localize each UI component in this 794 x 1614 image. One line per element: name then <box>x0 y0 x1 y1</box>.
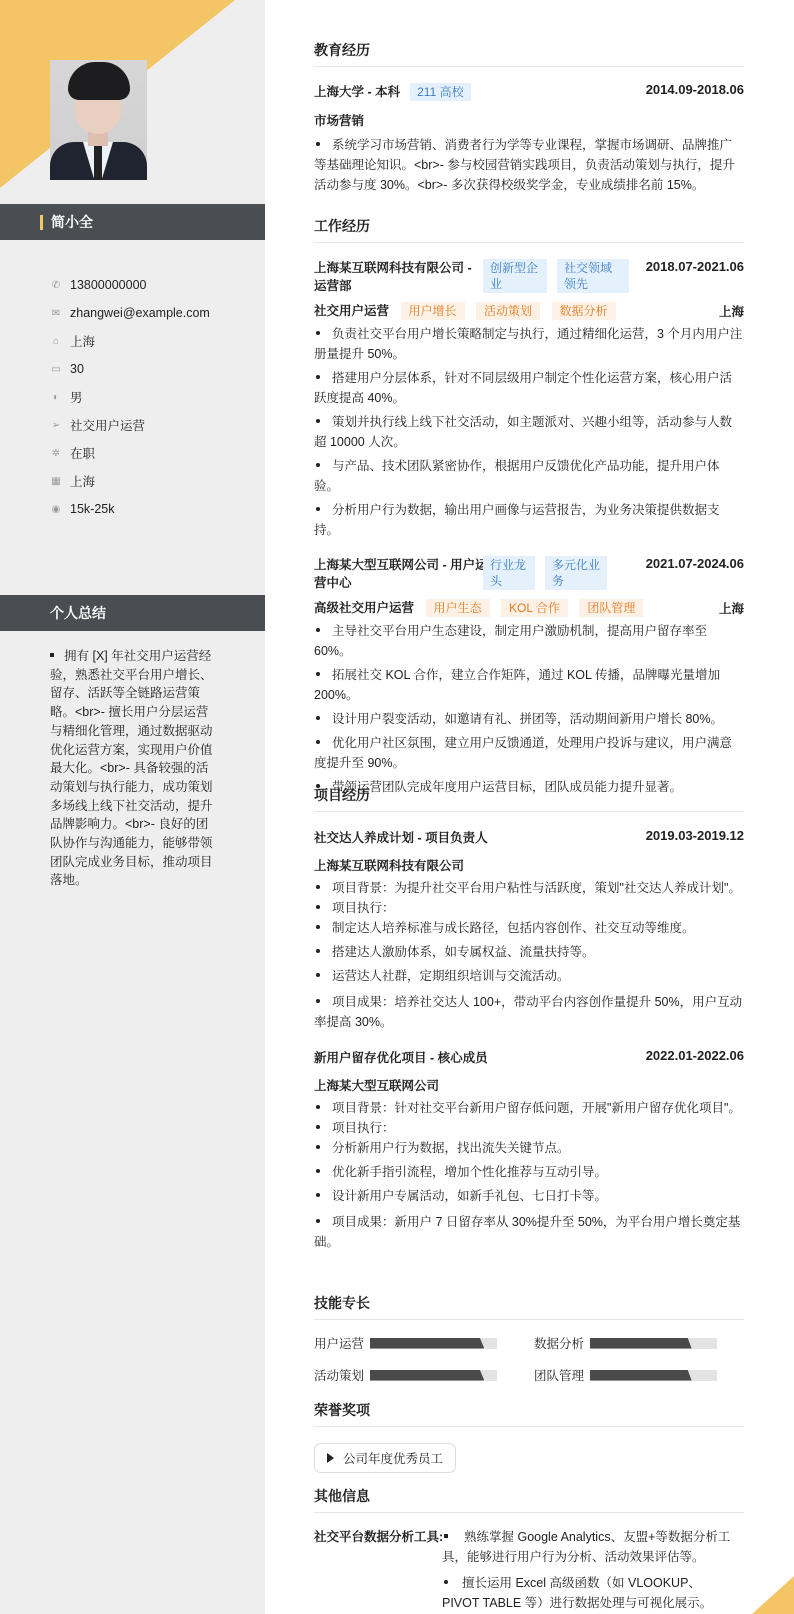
list-item: 擅长运用 Excel 高级函数（如 VLOOKUP、PIVOT TABLE 等）… <box>442 1573 732 1613</box>
skill-bar <box>590 1370 717 1381</box>
play-triangle-icon <box>327 1453 334 1463</box>
phone-icon: ✆ <box>50 279 62 291</box>
list-item: 分析用户行为数据，输出用户画像与运营报告，为业务决策提供数据支持。 <box>314 500 744 540</box>
email-icon: ✉ <box>50 307 62 319</box>
school-tag: 211 高校 <box>410 83 470 101</box>
list-item: 运营达人社群，定期组织培训与交流活动。 <box>314 966 744 986</box>
projects-section: 项目经历 社交达人养成计划 - 项目负责人 2019.03-2019.12 上海… <box>314 785 744 1252</box>
list-item: 优化新手指引流程，增加个性化推荐与互动引导。 <box>314 1162 744 1182</box>
paper-plane-icon: ➢ <box>50 419 62 431</box>
other-info-section: 其他信息 社交平台数据分析工具: 熟练掌握 Google Analytics、友… <box>314 1486 744 1614</box>
skill-bar <box>590 1338 717 1349</box>
list-item: 熟练掌握 Google Analytics、友盟+等数据分析工具，能够进行用户行… <box>442 1527 732 1567</box>
skills-section: 技能专长 用户运营 数据分析 活动策划 团队管理 <box>314 1293 744 1384</box>
info-age: ▭30 <box>50 355 210 383</box>
list-item: 搭建用户分层体系，针对不同层级用户制定个性化运营方案，核心用户活跃度提高 40%… <box>314 368 744 408</box>
status-icon: ✲ <box>50 447 62 459</box>
education-header: 上海大学 - 本科211 高校 2014.09-2018.06 <box>314 82 744 101</box>
award-item[interactable]: 公司年度优秀员工 <box>314 1443 456 1473</box>
list-item: 设计用户裂变活动，如邀请有礼、拼团等，活动期间新用户增长 80%。 <box>314 709 744 729</box>
role-tag: 团队管理 <box>579 599 643 617</box>
project-name: 新用户留存优化项目 - 核心成员 <box>314 1048 488 1066</box>
project-name: 社交达人养成计划 - 项目负责人 <box>314 828 488 846</box>
job-role: 高级社交用户运营 <box>314 601 414 615</box>
major: 市场营销 <box>314 111 744 129</box>
list-item: 优化用户社区氛围，建立用户反馈通道，处理用户投诉与建议，用户满意度提升至 90%… <box>314 733 744 773</box>
list-item: 分析新用户行为数据，找出流失关键节点。 <box>314 1138 744 1158</box>
job-city: 上海 <box>719 302 744 320</box>
company-name: 上海某大型互联网公司 - 用户运营中心 <box>314 556 489 592</box>
gender-icon: ◐ <box>50 391 62 403</box>
job-entry: 上海某互联网科技有限公司 - 运营部 创新型企业 社交领域领先 2018.07-… <box>314 259 744 540</box>
info-target-position: ➢社交用户运营 <box>50 411 210 439</box>
other-items: 熟练掌握 Google Analytics、友盟+等数据分析工具，能够进行用户行… <box>442 1527 732 1614</box>
job-date: 2021.07-2024.06 <box>646 556 744 571</box>
skill-bar <box>370 1338 497 1349</box>
section-title: 其他信息 <box>314 1486 744 1513</box>
summary-title: 个人总结 <box>0 595 265 631</box>
section-title: 工作经历 <box>314 216 744 243</box>
section-title: 项目经历 <box>314 785 744 812</box>
skills-grid: 用户运营 数据分析 活动策划 团队管理 <box>314 1334 744 1384</box>
awards-section: 荣誉奖项 公司年度优秀员工 <box>314 1400 744 1473</box>
job-bullets: 主导社交平台用户生态建设，制定用户激励机制，提高用户留存率至 60%。 拓展社交… <box>314 621 744 797</box>
section-title: 技能专长 <box>314 1293 744 1320</box>
company-tag: 创新型企业 <box>483 259 547 293</box>
avatar-photo <box>50 60 147 180</box>
home-icon: ⌂ <box>50 335 62 347</box>
company-tag: 社交领域领先 <box>557 259 629 293</box>
list-item: 主导社交平台用户生态建设，制定用户激励机制，提高用户留存率至 60%。 <box>314 621 744 661</box>
job-city: 上海 <box>719 599 744 617</box>
info-status: ✲在职 <box>50 439 210 467</box>
school-name: 上海大学 - 本科 <box>314 85 400 99</box>
project-entry: 新用户留存优化项目 - 核心成员 2022.01-2022.06 上海某大型互联… <box>314 1048 744 1252</box>
project-company: 上海某大型互联网公司 <box>314 1076 744 1094</box>
skill-item: 用户运营 <box>314 1334 534 1352</box>
decorative-corner-bottom-right <box>752 1576 794 1614</box>
project-entry: 社交达人养成计划 - 项目负责人 2019.03-2019.12 上海某互联网科… <box>314 828 744 1032</box>
list-item: 设计新用户专属活动，如新手礼包、七日打卡等。 <box>314 1186 744 1206</box>
info-email: ✉zhangwei@example.com <box>50 299 210 327</box>
project-bullets: 项目背景：为提升社交平台用户粘性与活跃度，策划"社交达人养成计划"。 项目执行：… <box>314 878 744 1032</box>
name-bar: 简小全 <box>0 204 265 240</box>
skill-item: 团队管理 <box>534 1366 744 1384</box>
info-phone: ✆13800000000 <box>50 271 210 299</box>
job-bullets: 负责社交平台用户增长策略制定与执行，通过精细化运营，3 个月内用户注册量提升 5… <box>314 324 744 540</box>
work-section: 工作经历 上海某互联网科技有限公司 - 运营部 创新型企业 社交领域领先 201… <box>314 216 744 797</box>
profile-name: 简小全 <box>51 212 93 232</box>
education-bullets: 系统学习市场营销、消费者行为学等专业课程，掌握市场调研、品牌推广等基础理论知识。… <box>314 135 744 195</box>
role-tag: KOL 合作 <box>501 599 568 617</box>
project-date: 2019.03-2019.12 <box>646 828 744 843</box>
list-item: 系统学习市场营销、消费者行为学等专业课程，掌握市场调研、品牌推广等基础理论知识。… <box>314 135 744 195</box>
project-date: 2022.01-2022.06 <box>646 1048 744 1063</box>
education-date: 2014.09-2018.06 <box>646 82 744 97</box>
info-location: ⌂上海 <box>50 327 210 355</box>
role-tag: 活动策划 <box>476 302 540 320</box>
company-name: 上海某互联网科技有限公司 - 运营部 <box>314 259 479 295</box>
sidebar: 简小全 ✆13800000000 ✉zhangwei@example.com ⌂… <box>0 0 265 1614</box>
list-item: 项目背景：为提升社交平台用户粘性与活跃度，策划"社交达人养成计划"。 <box>314 878 744 898</box>
section-title: 教育经历 <box>314 40 744 67</box>
project-bullets: 项目背景：针对社交平台新用户留存低问题，开展"新用户留存优化项目"。 项目执行：… <box>314 1098 744 1252</box>
list-item: 项目执行： <box>314 1118 744 1138</box>
info-salary: ◉15k-25k <box>50 495 210 523</box>
education-section: 教育经历 上海大学 - 本科211 高校 2014.09-2018.06 市场营… <box>314 40 744 195</box>
list-item: 拓展社交 KOL 合作，建立合作矩阵，通过 KOL 传播，品牌曝光量增加 200… <box>314 665 744 705</box>
list-item: 搭建达人激励体系，如专属权益、流量扶持等。 <box>314 942 744 962</box>
list-item: 项目执行： <box>314 898 744 918</box>
list-item: 制定达人培养标准与成长路径，包括内容创作、社交互动等维度。 <box>314 918 744 938</box>
contact-info-list: ✆13800000000 ✉zhangwei@example.com ⌂上海 ▭… <box>50 271 210 523</box>
role-tag: 用户增长 <box>401 302 465 320</box>
project-company: 上海某互联网科技有限公司 <box>314 856 744 874</box>
summary-text: 拥有 [X] 年社交用户运营经验，熟悉社交平台用户增长、留存、活跃等全链路运营策… <box>50 647 214 890</box>
role-tag: 数据分析 <box>552 302 616 320</box>
section-title: 荣誉奖项 <box>314 1400 744 1427</box>
job-role: 社交用户运营 <box>314 304 389 318</box>
info-target-city: ▦上海 <box>50 467 210 495</box>
skill-bar <box>370 1370 497 1381</box>
salary-icon: ◉ <box>50 503 62 515</box>
info-gender: ◐男 <box>50 383 210 411</box>
skill-item: 活动策划 <box>314 1366 534 1384</box>
building-icon: ▦ <box>50 475 62 487</box>
company-tag: 多元化业务 <box>545 556 607 590</box>
name-accent-mark <box>40 215 43 230</box>
company-tag: 行业龙头 <box>483 556 535 590</box>
role-tag: 用户生态 <box>426 599 490 617</box>
list-item: 项目背景：针对社交平台新用户留存低问题，开展"新用户留存优化项目"。 <box>314 1098 744 1118</box>
list-item: 与产品、技术团队紧密协作，根据用户反馈优化产品功能，提升用户体验。 <box>314 456 744 496</box>
skill-item: 数据分析 <box>534 1334 744 1352</box>
list-item: 项目成果：培养社交达人 100+，带动平台内容创作量提升 50%，用户互动率提高… <box>314 992 744 1032</box>
list-item: 负责社交平台用户增长策略制定与执行，通过精细化运营，3 个月内用户注册量提升 5… <box>314 324 744 364</box>
list-item: 策划并执行线上线下社交活动，如主题派对、兴趣小组等，活动参与人数超 10000 … <box>314 412 744 452</box>
list-item: 项目成果：新用户 7 日留存率从 30%提升至 50%，为平台用户增长奠定基础。 <box>314 1212 744 1252</box>
job-entry: 上海某大型互联网公司 - 用户运营中心 行业龙头 多元化业务 2021.07-2… <box>314 556 744 797</box>
job-date: 2018.07-2021.06 <box>646 259 744 274</box>
bullet-square <box>50 653 54 657</box>
other-label: 社交平台数据分析工具: <box>314 1527 442 1614</box>
age-icon: ▭ <box>50 363 62 375</box>
